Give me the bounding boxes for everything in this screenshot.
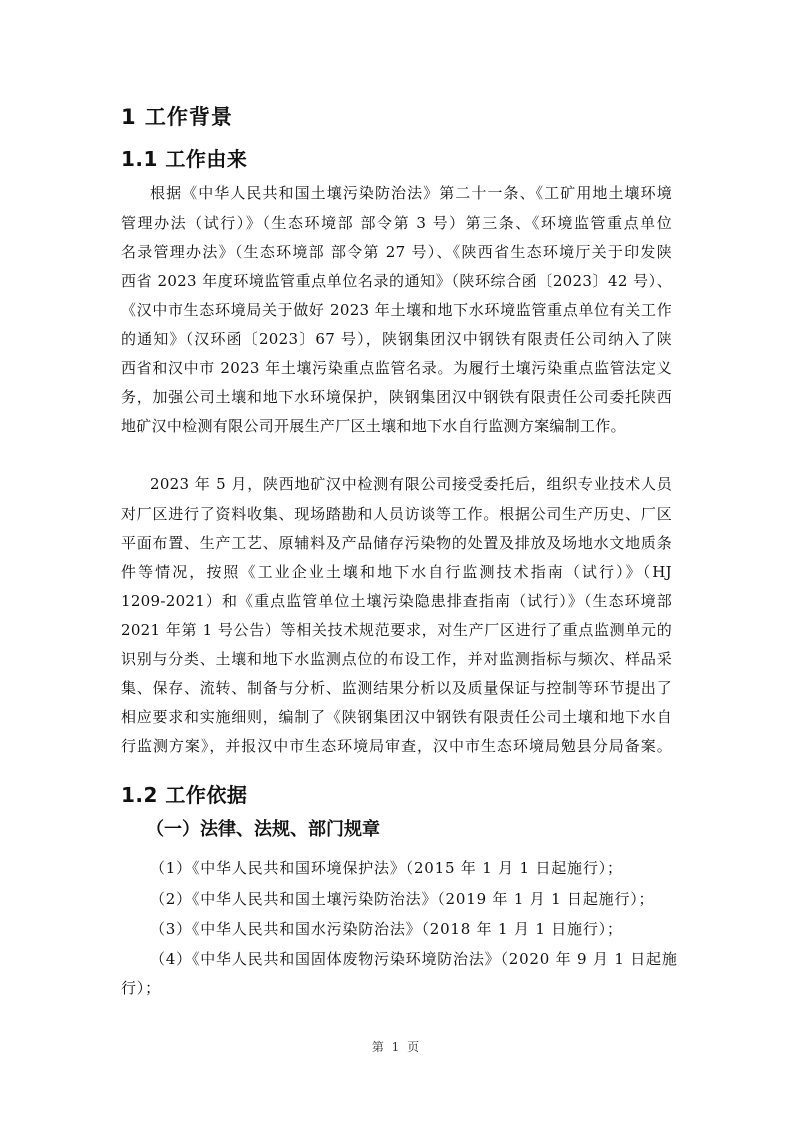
- text-line: 行监测方案》，并报汉中市生态环境局审查，汉中市生态环境局勉县分局备案。: [121, 735, 672, 757]
- text-line: 根据《中华人民共和国土壤污染防治法》第二十一条、《工矿用地土壤环境: [150, 182, 672, 204]
- document-page: 1 工作背景 1.1 工作由来 根据《中华人民共和国土壤污染防治法》第二十一条、…: [0, 0, 793, 1122]
- text-line: 西省和汉中市 2023 年土壤污染重点监管名录。为履行土壤污染重点监管法定义: [121, 357, 672, 379]
- text-line: 管理办法（试行）》（生态环境部 部令第 3 号）第三条、《环境监管重点单位: [121, 212, 672, 234]
- text-line: 集、保存、流转、制备与分析、监测结果分析以及质量保证与控制等环节提出了: [121, 677, 672, 699]
- text-line: 相应要求和实施细则，编制了《陕钢集团汉中钢铁有限责任公司土壤和地下水自: [121, 706, 672, 728]
- section-heading-1-1: 1.1 工作由来: [121, 145, 247, 173]
- subsection-heading-laws: （一）法律、法规、部门规章: [146, 817, 380, 843]
- text-line: 务，加强公司土壤和地下水环境保护，陕钢集团汉中钢铁有限责任公司委托陕西: [121, 386, 672, 408]
- list-item: （3）《中华人民共和国水污染防治法》（2018 年 1 月 1 日施行）；: [150, 918, 623, 940]
- text-line: 识别与分类、土壤和地下水监测点位的布设工作，并对监测指标与频次、样品采: [121, 648, 672, 670]
- list-item: （4）《中华人民共和国固体废物污染环境防治法》（2020 年 9 月 1 日起施: [150, 948, 672, 970]
- text-line: 1209-2021）和《重点监管单位土壤污染隐患排查指南（试行）》（生态环境部: [121, 590, 672, 612]
- page-number: 第 1 页: [0, 1038, 793, 1055]
- text-line: 的通知》（汉环函〔2023〕67 号），陕钢集团汉中钢铁有限责任公司纳入了陕: [121, 328, 672, 350]
- text-line: 平面布置、生产工艺、原辅料及产品储存污染物的处置及排放及场地水文地质条: [121, 532, 672, 554]
- text-line: 西省 2023 年度环境监管重点单位名录的通知》（陕环综合函〔2023〕42 号…: [121, 270, 672, 292]
- section-heading-1-2: 1.2 工作依据: [121, 781, 247, 809]
- text-line: 2023 年 5 月，陕西地矿汉中检测有限公司接受委托后，组织专业技术人员: [150, 473, 672, 495]
- text-line: 对厂区进行了资料收集、现场踏勘和人员访谈等工作。根据公司生产历史、厂区: [121, 503, 672, 525]
- list-item: （1）《中华人民共和国环境保护法》（2015 年 1 月 1 日起施行）；: [150, 857, 623, 879]
- text-line: 《汉中市生态环境局关于做好 2023 年土壤和地下水环境监管重点单位有关工作: [121, 299, 672, 321]
- list-item: （2）《中华人民共和国土壤污染防治法》（2019 年 1 月 1 日起施行）；: [150, 888, 654, 910]
- text-line: 名录管理办法》（生态环境部 部令第 27 号）、《陕西省生态环境厅关于印发陕: [121, 241, 672, 263]
- text-line: 2021 年第 1 号公告）等相关技术规范要求，对生产厂区进行了重点监测单元的: [121, 619, 672, 641]
- list-item-continuation: 行）；: [121, 977, 161, 999]
- text-line: 地矿汉中检测有限公司开展生产厂区土壤和地下水自行监测方案编制工作。: [121, 415, 672, 437]
- text-line: 件等情况，按照《工业企业土壤和地下水自行监测技术指南（试行）》（HJ: [121, 561, 672, 583]
- chapter-heading: 1 工作背景: [121, 103, 233, 131]
